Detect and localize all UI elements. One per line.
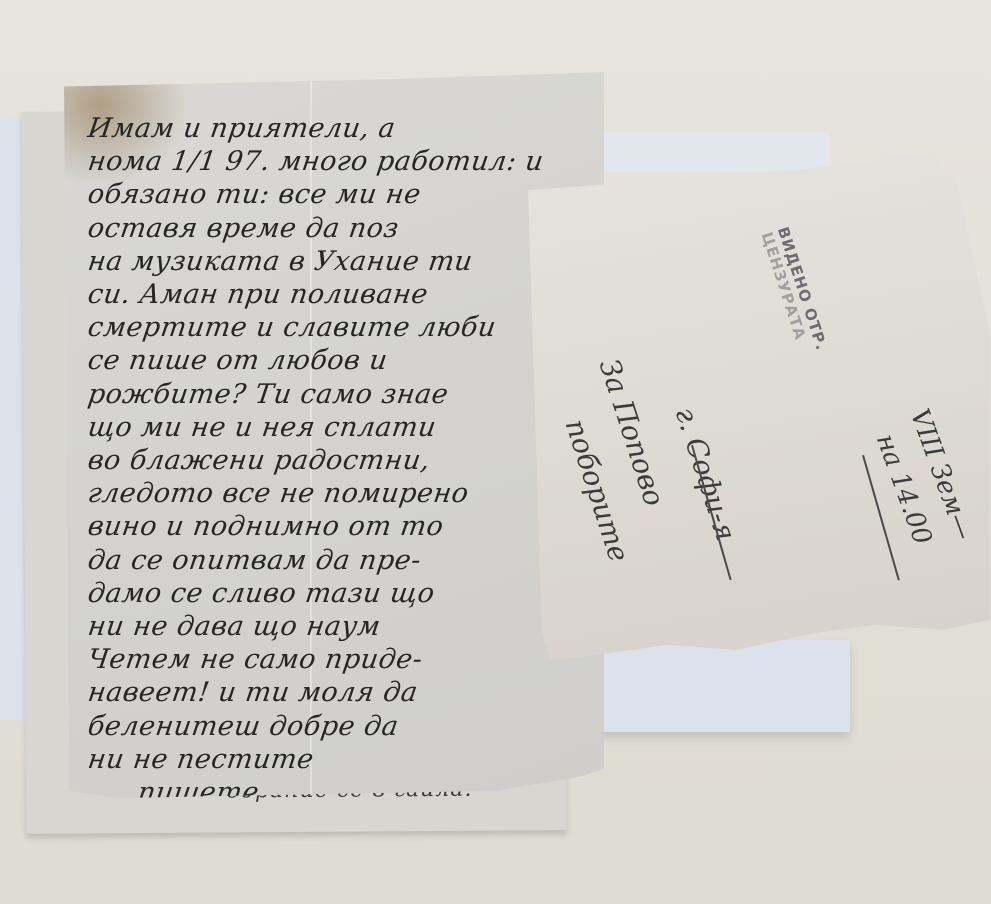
letter-line: що ми не и нея сплати <box>86 411 597 444</box>
letter-line: Четем не само приде- <box>86 643 597 676</box>
letter-line: си. Аман при поливане <box>86 278 597 311</box>
letter-line: навеет! и ти моля да <box>86 676 597 709</box>
censor-stamp: ВИДЕНО ОТР. ЦЕНЗУРАТА <box>758 225 830 358</box>
letter-line: обязано ти: все ми не <box>86 178 597 211</box>
letter-line: оставя време да поз <box>86 212 597 245</box>
letter-line: гледото все не помирено <box>86 477 597 510</box>
letter-line: во блажени радостни, <box>86 444 597 477</box>
letter-line: дамо се сливо тази що <box>86 577 597 610</box>
letter-line: ни не дава що наум <box>86 610 597 643</box>
handwritten-letter-page: Имам и приятели, а нома 1/1 97. много ра… <box>64 72 604 798</box>
letter-line: нома 1/1 97. много работил: и <box>86 145 597 178</box>
letter-line: рожбите? Ти само знае <box>86 378 597 411</box>
letter-line: Имам и приятели, а <box>86 112 597 145</box>
letter-line: се пише от любов и <box>86 344 597 377</box>
envelope-address-line: г. Софи-я <box>669 403 743 545</box>
letter-line: на музиката в Ухание ти <box>86 245 597 278</box>
letter-line: беленитеш добре да <box>86 710 597 743</box>
letter-line: ни не пестите <box>86 743 597 776</box>
letter-line: да се опитвам да пре- <box>86 544 597 577</box>
torn-envelope: ВИДЕНО ОТР. ЦЕНЗУРАТА За Попово поборите… <box>528 155 990 660</box>
letter-line: вино и поднимно от то <box>86 510 597 543</box>
letter-line: смертите и славите люби <box>86 311 597 344</box>
blue-backing-sheet-bottom <box>600 640 850 732</box>
letter-handwriting: Имам и приятели, а нома 1/1 97. много ра… <box>88 112 594 809</box>
